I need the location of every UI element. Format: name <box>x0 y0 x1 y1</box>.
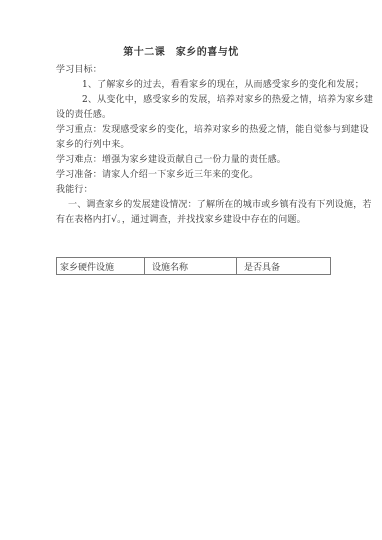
text-line: 2、从变化中，感受家乡的发展，培养对家乡的热爱之情，培养为家乡建 <box>56 93 362 108</box>
document-content: 第十二课 家乡的喜与忧 学习目标：1、了解家乡的过去，看看家乡的现在，从而感受家… <box>0 0 382 275</box>
text-line: 我能行： <box>56 183 362 198</box>
facilities-table: 家乡硬件设施 设施名称 是否具备 <box>56 257 331 275</box>
text-line: 学习难点：增强为家乡建设贡献自己一份力量的责任感。 <box>56 153 362 168</box>
header-availability: 是否具备 <box>237 258 331 275</box>
document-title: 第十二课 家乡的喜与忧 <box>56 45 306 61</box>
text-line: 学习目标： <box>56 63 362 78</box>
table-header-row: 家乡硬件设施 设施名称 是否具备 <box>57 258 331 275</box>
text-line: 家乡的行列中来。 <box>56 138 362 153</box>
header-category: 家乡硬件设施 <box>57 258 145 275</box>
text-line: 一、调查家乡的发展建设情况：了解所在的城市或乡镇有没有下列设施，若 <box>56 198 362 213</box>
text-line: 学习准备：请家人介绍一下家乡近三年来的变化。 <box>56 168 362 183</box>
text-line: 设的责任感。 <box>56 108 362 123</box>
document-page: 第十二课 家乡的喜与忧 学习目标：1、了解家乡的过去，看看家乡的现在，从而感受家… <box>0 0 382 540</box>
text-line: 1、了解家乡的过去，看看家乡的现在，从而感受家乡的变化和发展； <box>56 78 362 93</box>
text-line: 有在表格内打√。，通过调查，并找找家乡建设中存在的问题。 <box>56 213 362 228</box>
header-facility-name: 设施名称 <box>145 258 237 275</box>
text-line: 学习重点：发现感受家乡的变化，培养对家乡的热爱之情，能自觉参与到建设 <box>56 123 362 138</box>
body-text: 学习目标：1、了解家乡的过去，看看家乡的现在，从而感受家乡的变化和发展；2、从变… <box>56 63 362 228</box>
